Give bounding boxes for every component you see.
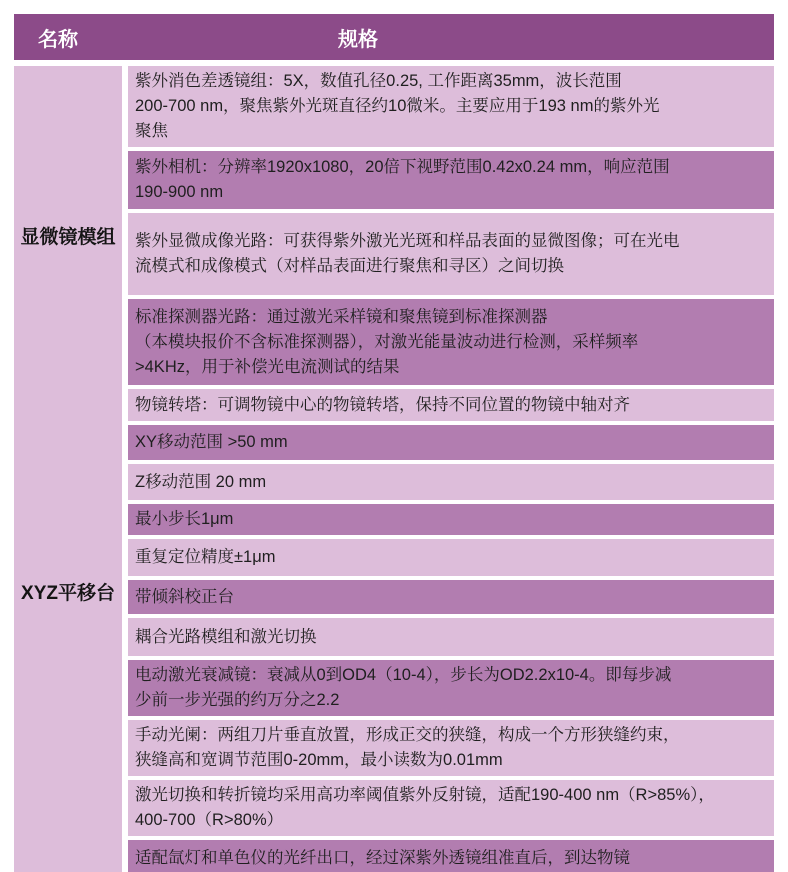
spec-row-repeatability: 重复定位精度±1μm (128, 539, 774, 576)
group-label-xyz-stage: XYZ平移台 (14, 582, 122, 606)
spec-row-motorized-attenuator: 电动激光衰减镜：衰减从0到OD4（10-4），步长为OD2.2x10-4。即每步… (128, 660, 774, 716)
spec-row-coupling-optics-module: 耦合光路模组和激光切换 (128, 618, 774, 656)
spec-row-objective-turret: 物镜转塔：可调物镜中心的物镜转塔，保持不同位置的物镜中轴对齐 (128, 389, 774, 421)
spec-column-header: 规格 (122, 14, 774, 60)
group-label-microscope-module: 显微镜模组 (14, 226, 122, 250)
table-header-row: 名称 规格 (14, 14, 774, 60)
spec-row-laser-switch-mirrors: 激光切换和转折镜均采用高功率阈值紫外反射镜，适配190-400 nm（R>85%… (128, 780, 774, 836)
spec-row-tilt-correction-stage: 带倾斜校正台 (128, 580, 774, 614)
spec-rows: 紫外消色差透镜组：5X，数值孔径0.25, 工作距离35mm，波长范围 200-… (128, 66, 774, 872)
table-body: 显微镜模组 XYZ平移台 紫外消色差透镜组：5X，数值孔径0.25, 工作距离3… (14, 66, 774, 872)
spec-row-reference-detector-path: 标准探测器光路：通过激光采样镜和聚焦镜到标准探测器 （本模块报价不含标准探测器）… (128, 299, 774, 385)
name-column-header: 名称 (14, 14, 122, 60)
spec-row-uv-imaging-path: 紫外显微成像光路：可获得紫外激光光斑和样品表面的显微图像；可在光电 流模式和成像… (128, 213, 774, 295)
spec-row-min-step: 最小步长1μm (128, 504, 774, 535)
spec-row-z-travel-range: Z移动范围 20 mm (128, 464, 774, 500)
name-column: 显微镜模组 XYZ平移台 (14, 66, 122, 872)
spec-row-manual-aperture: 手动光阑：两组刀片垂直放置，形成正交的狭缝，构成一个方形狭缝约束， 狭缝高和宽调… (128, 720, 774, 776)
spec-row-uv-achromatic-lens: 紫外消色差透镜组：5X，数值孔径0.25, 工作距离35mm，波长范围 200-… (128, 66, 774, 147)
spec-row-uv-camera: 紫外相机：分辨率1920x1080，20倍下视野范围0.42x0.24 mm，响… (128, 151, 774, 209)
spec-row-xenon-lamp-fiber-port: 适配氙灯和单色仪的光纤出口，经过深紫外透镜组准直后，到达物镜 (128, 840, 774, 872)
spec-table: 名称 规格 显微镜模组 XYZ平移台 紫外消色差透镜组：5X，数值孔径0.25,… (14, 14, 774, 872)
spec-row-xy-travel-range: XY移动范围 >50 mm (128, 425, 774, 460)
